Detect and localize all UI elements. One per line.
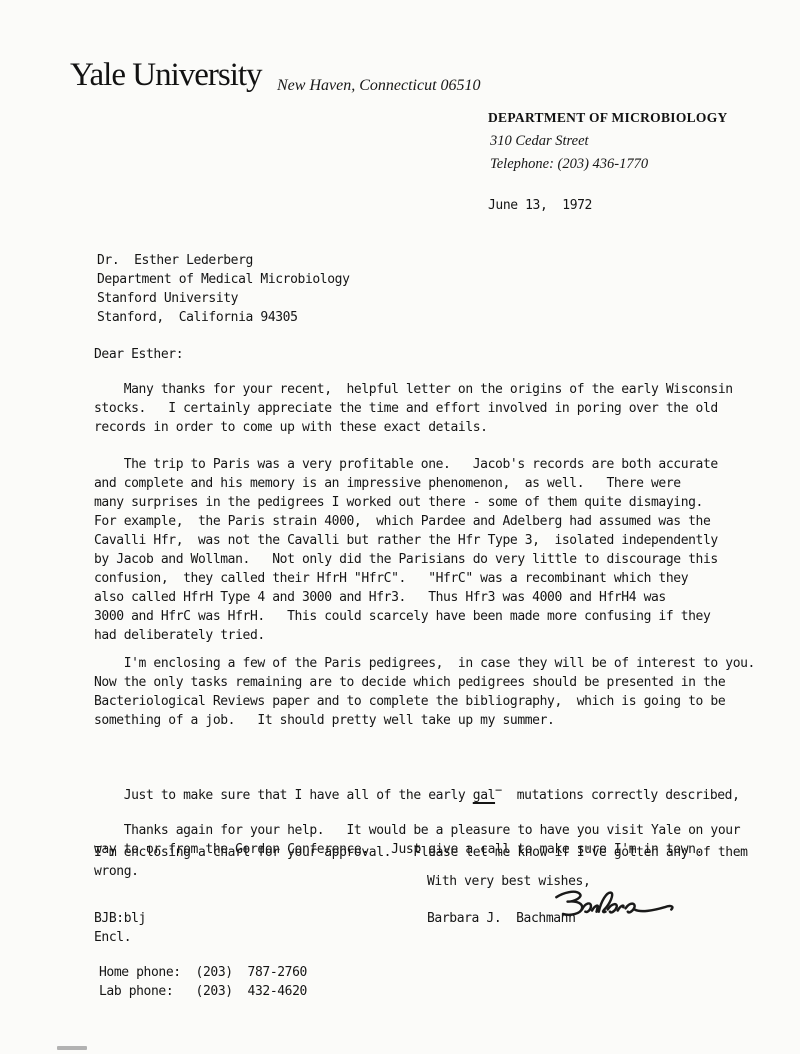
text-line: records in order to come up with these e…: [94, 418, 733, 437]
gal-gene-term: gal: [473, 788, 495, 803]
text-line: by Jacob and Wollman. Not only did the P…: [94, 550, 718, 569]
paragraph-4-line-1: Just to make sure that I have all of the…: [94, 786, 748, 805]
recipient-address-block: Dr. Esther LederbergDepartment of Medica…: [97, 251, 350, 327]
phone-numbers-block: Home phone: (203) 787-2760Lab phone: (20…: [99, 963, 307, 1001]
paragraph-5: Thanks again for your help. It would be …: [94, 821, 740, 859]
text-line: way to or from the Gordon Conference. Ju…: [94, 840, 740, 859]
text-line: confusion, they called their HfrH "HfrC"…: [94, 569, 718, 588]
p4-line1-pre: Just to make sure that I have all of the…: [94, 788, 473, 803]
letterhead-street-address: 310 Cedar Street: [490, 133, 589, 150]
letterhead-city: New Haven, Connecticut 06510: [277, 76, 481, 96]
text-line: Department of Medical Microbiology: [97, 270, 350, 289]
text-line: stocks. I certainly appreciate the time …: [94, 399, 733, 418]
text-line: Now the only tasks remaining are to deci…: [94, 673, 755, 692]
letterhead-telephone: Telephone: (203) 436-1770: [490, 156, 648, 173]
text-line: wrong.: [94, 862, 748, 881]
salutation: Dear Esther:: [94, 345, 183, 364]
enclosure-note: Encl.: [94, 928, 131, 947]
scan-artifact-mark: [57, 1046, 87, 1050]
text-line: Home phone: (203) 787-2760: [99, 963, 307, 982]
text-line: Thanks again for your help. It would be …: [94, 821, 740, 840]
scanned-letter-page: Yale University New Haven, Connecticut 0…: [0, 0, 800, 1054]
text-line: something of a job. It should pretty wel…: [94, 711, 755, 730]
text-line: Dr. Esther Lederberg: [97, 251, 350, 270]
gal-minus-superscript: −: [495, 781, 502, 800]
handwritten-signature: [553, 886, 678, 924]
text-line: had deliberately tried.: [94, 626, 718, 645]
text-line: many surprises in the pedigrees I worked…: [94, 493, 718, 512]
text-line: also called HfrH Type 4 and 3000 and Hfr…: [94, 588, 718, 607]
signature-scribble-icon: [553, 886, 678, 924]
text-line: and complete and his memory is an impres…: [94, 474, 718, 493]
text-line: Lab phone: (203) 432-4620: [99, 982, 307, 1001]
letterhead-department: DEPARTMENT OF MICROBIOLOGY: [488, 110, 728, 126]
text-line: Bacteriological Reviews paper and to com…: [94, 692, 755, 711]
yale-wordmark: Yale University: [70, 57, 262, 93]
paragraph-1: Many thanks for your recent, helpful let…: [94, 380, 733, 437]
reference-initials: BJB:blj: [94, 909, 146, 928]
text-line: Cavalli Hfr, was not the Cavalli but rat…: [94, 531, 718, 550]
text-line: I'm enclosing a few of the Paris pedigre…: [94, 654, 755, 673]
paragraph-2: The trip to Paris was a very profitable …: [94, 455, 718, 645]
paragraph-3: I'm enclosing a few of the Paris pedigre…: [94, 654, 755, 730]
text-line: The trip to Paris was a very profitable …: [94, 455, 718, 474]
text-line: 3000 and HfrC was HfrH. This could scarc…: [94, 607, 718, 626]
text-line: Stanford University: [97, 289, 350, 308]
text-line: For example, the Paris strain 4000, whic…: [94, 512, 718, 531]
text-line: Stanford, California 94305: [97, 308, 350, 327]
letter-date: June 13, 1972: [488, 196, 592, 215]
p4-line1-post: mutations correctly described,: [502, 788, 740, 803]
text-line: Many thanks for your recent, helpful let…: [94, 380, 733, 399]
